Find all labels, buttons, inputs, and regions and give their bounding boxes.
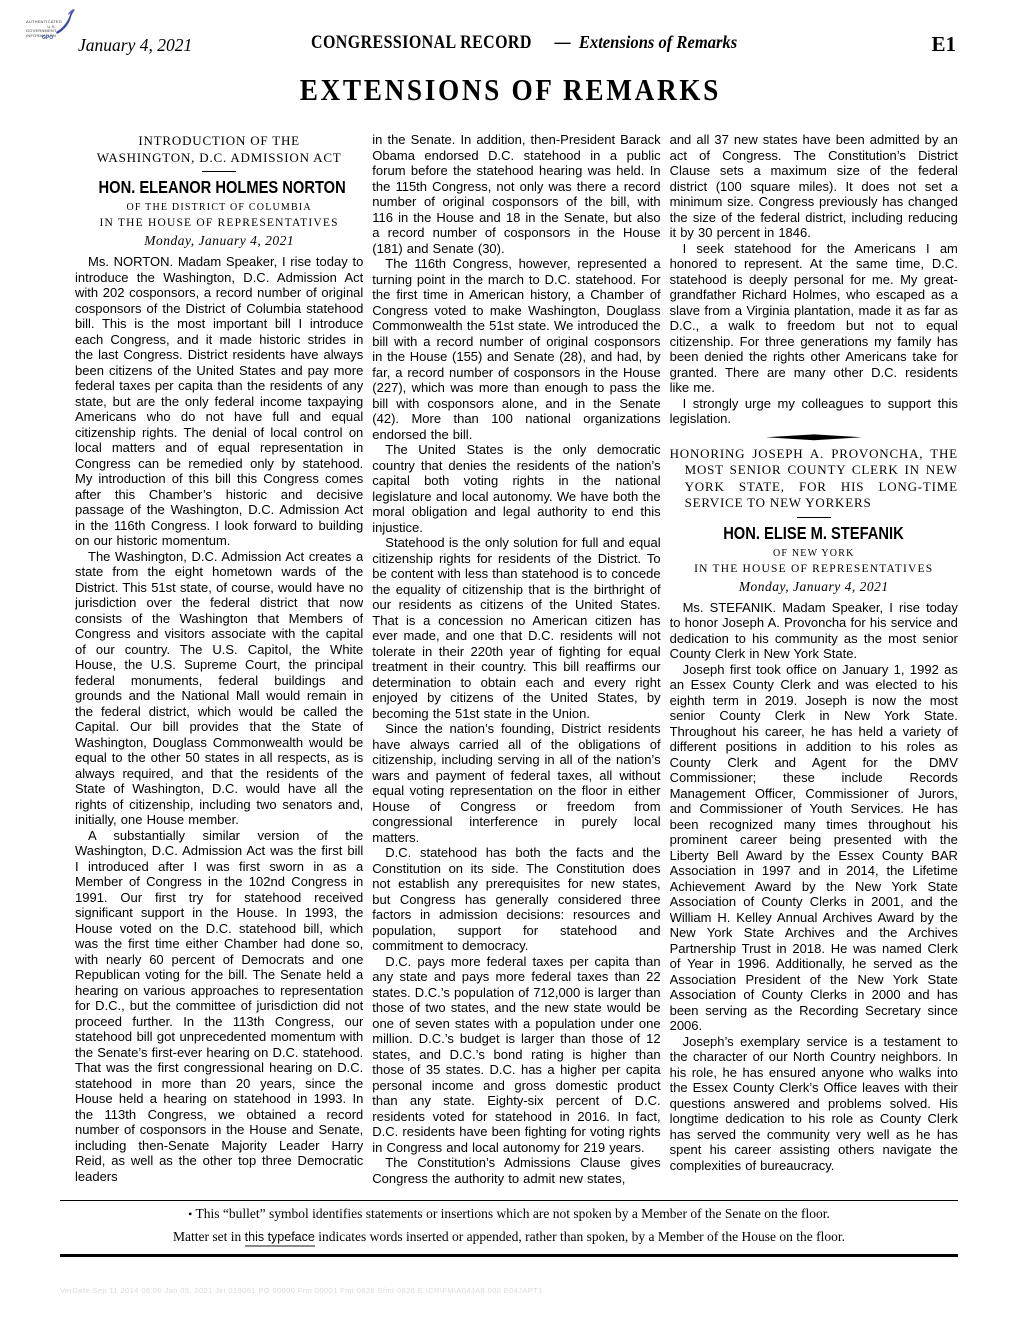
paragraph: Joseph’s exemplary service is a testamen… xyxy=(670,1034,958,1174)
paragraph: Joseph first took office on January 1, 1… xyxy=(670,662,958,1034)
footer-bullet-note-text: This “bullet” symbol identifies statemen… xyxy=(195,1206,829,1221)
header-title-caps: CONGRESSIONAL RECORD xyxy=(311,32,532,54)
paragraph: The United States is the only democratic… xyxy=(372,442,660,535)
paragraph: I strongly urge my colleagues to support… xyxy=(670,396,958,427)
speaker-name: HON. ELISE M. STEFANIK xyxy=(670,523,958,544)
gpo-authentication-seal: AUTHENTICATED U.S. GOVERNMENT INFORMATIO… xyxy=(26,6,78,58)
footer-typeface-pre: Matter set in xyxy=(173,1229,245,1244)
speaker-name-text: HON. ELISE M. STEFANIK xyxy=(723,523,904,544)
paragraph: Ms. NORTON. Madam Speaker, I rise today … xyxy=(75,254,363,549)
sitting-date: Monday, January 4, 2021 xyxy=(75,233,363,249)
paragraph: I seek statehood for the Americans I am … xyxy=(670,241,958,396)
header-title-italic: Extensions of Remarks xyxy=(579,32,737,53)
article-separator xyxy=(670,434,958,441)
paragraph-continued: in the Senate. In addition, then-Preside… xyxy=(372,132,660,256)
page-number: E1 xyxy=(931,32,956,57)
columns: INTRODUCTION OF THEWASHINGTON, D.C. ADMI… xyxy=(75,132,958,1196)
article-title-line: WASHINGTON, D.C. ADMISSION ACT xyxy=(75,150,363,167)
chamber-line: IN THE HOUSE OF REPRESENTATIVES xyxy=(670,563,958,575)
speaker-state-line: OF NEW YORK xyxy=(670,548,958,559)
header-title-dash: — xyxy=(554,32,570,54)
column-1: INTRODUCTION OF THEWASHINGTON, D.C. ADMI… xyxy=(75,132,363,1196)
paragraph: Ms. STEFANIK. Madam Speaker, I rise toda… xyxy=(670,600,958,662)
column-3: and all 37 new states have been admitted… xyxy=(670,132,958,1196)
swell-rule-icon xyxy=(766,434,862,441)
paragraph: A substantially similar version of the W… xyxy=(75,828,363,1185)
article-title: INTRODUCTION OF THEWASHINGTON, D.C. ADMI… xyxy=(75,133,363,166)
paragraph: D.C. pays more federal taxes per capita … xyxy=(372,954,660,1156)
article-title: HONORING JOSEPH A. PROVONCHA, THE MOST S… xyxy=(670,446,958,512)
paragraph: Since the nation’s founding, District re… xyxy=(372,721,660,845)
bullet-icon: • xyxy=(188,1207,192,1221)
footer-rule-bottom xyxy=(60,1254,958,1257)
header-title: CONGRESSIONAL RECORD—Extensions of Remar… xyxy=(78,32,956,54)
paragraph-continued: and all 37 new states have been admitted… xyxy=(670,132,958,241)
footer-bullet-note: • This “bullet” symbol identifies statem… xyxy=(60,1206,958,1222)
running-header: January 4, 2021 CONGRESSIONAL RECORD—Ext… xyxy=(78,32,956,58)
gpo-processing-line: VerDate Sep 11 2014 06:00 Jan 05, 2021 J… xyxy=(60,1286,958,1295)
chamber-line: IN THE HOUSE OF REPRESENTATIVES xyxy=(75,217,363,229)
paragraph: D.C. statehood has both the facts and th… xyxy=(372,845,660,954)
gpo-seal-gpo-label: GPO xyxy=(42,35,53,41)
paragraph: The Washington, D.C. Admission Act creat… xyxy=(75,549,363,828)
footer-typeface-note: Matter set in this typeface indicates wo… xyxy=(60,1229,958,1245)
gpo-eagle-swoosh-icon xyxy=(54,8,76,38)
speaker-name: HON. ELEANOR HOLMES NORTON xyxy=(75,177,363,198)
article-title-line: INTRODUCTION OF THE xyxy=(75,133,363,150)
column-2: in the Senate. In addition, then-Preside… xyxy=(372,132,660,1196)
page-title-text: EXTENSIONS OF REMARKS xyxy=(299,72,720,108)
paragraph: The Constitution’s Admissions Clause giv… xyxy=(372,1155,660,1186)
heading-rule xyxy=(202,171,236,172)
page-title: EXTENSIONS OF REMARKS xyxy=(0,72,1020,108)
speaker-name-text: HON. ELEANOR HOLMES NORTON xyxy=(99,177,346,198)
footer-rule-top xyxy=(60,1200,958,1201)
paragraph: Statehood is the only solution for full … xyxy=(372,535,660,721)
footer-typeface-sample: this typeface xyxy=(245,1230,315,1247)
paragraph: The 116th Congress, however, represented… xyxy=(372,256,660,442)
speaker-state-line: OF THE DISTRICT OF COLUMBIA xyxy=(75,202,363,213)
sitting-date: Monday, January 4, 2021 xyxy=(670,579,958,595)
heading-rule xyxy=(797,517,831,518)
footer-typeface-post: indicates words inserted or appended, ra… xyxy=(315,1229,845,1244)
